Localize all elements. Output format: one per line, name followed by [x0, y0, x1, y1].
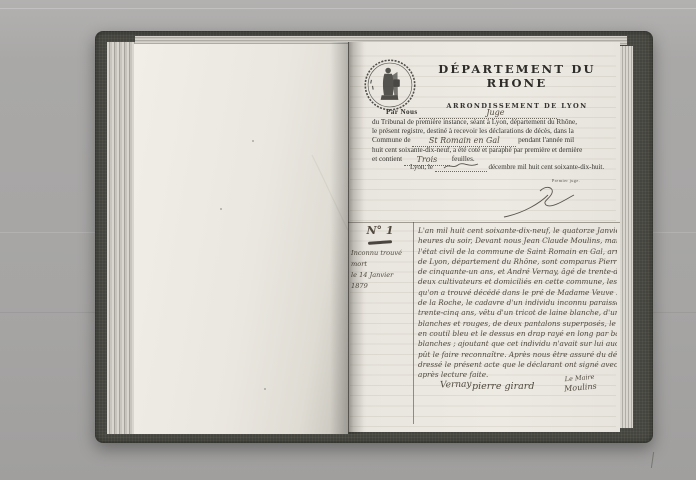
- act-line: trente-cinq ans, vêtu d'un tricot de lai…: [418, 308, 617, 318]
- gutter-fold-line: [348, 42, 349, 432]
- preamble-text: pendant l'année mil: [518, 136, 574, 144]
- act-line: de cinquante-un ans, et André Vernay, âg…: [418, 267, 617, 277]
- act-line: deux cultivateurs et domiciliés en cette…: [418, 277, 617, 287]
- preamble-line: le présent registre, destiné à recevoir …: [372, 127, 624, 136]
- preamble-text: Par Nous: [386, 108, 418, 116]
- register-title-page: DÉPARTEMENT DU RHONE ARRONDISSEMENT DE L…: [348, 42, 620, 432]
- page-stack-edge-left: [107, 42, 135, 434]
- handwritten-fill-judge: Juge: [419, 109, 557, 119]
- preamble-text: Commune de: [372, 136, 411, 144]
- margin-note-line: le 14 Janvier 1879: [351, 270, 411, 292]
- act-line: blanches ; ajoutant que cet individu n'a…: [418, 339, 617, 349]
- certification-preamble: Par Nous Juge du Tribunal de première in…: [372, 108, 624, 165]
- department-title: DÉPARTEMENT DU RHONE: [414, 62, 620, 90]
- act-number: N° 1: [350, 224, 410, 237]
- act-margin-note: Inconnu trouvé mort le 14 Janvier 1879: [351, 248, 411, 292]
- act-line: l'état civil de la commune de Saint Roma…: [418, 247, 617, 257]
- margin-column-rule: [413, 222, 414, 424]
- paper-speck: [264, 388, 266, 390]
- preamble-line: du Tribunal de première instance, séant …: [372, 118, 624, 127]
- act-line: de Lyon, département du Rhône, sont comp…: [418, 257, 617, 267]
- handwritten-fill-commune: St Romain en Gal: [412, 137, 516, 147]
- preamble-line: Par Nous Juge: [372, 108, 624, 118]
- backdrop-line: [0, 8, 696, 9]
- act-line: heures du soir, Devant nous Jean Claude …: [418, 236, 617, 246]
- certification-date-line: Lyon, le décembre mil huit cent soixante…: [410, 161, 620, 171]
- date-text: décembre mil huit cent soixante-dix-huit…: [488, 163, 604, 171]
- act-line: L'an mil huit cent soixante-dix-neuf, le…: [418, 226, 617, 236]
- section-divider-line: [348, 222, 620, 223]
- backdrop-scratch: [651, 452, 654, 468]
- witness-signature-girard: pierre girard: [472, 381, 534, 392]
- page-stack-fore-edge: [620, 46, 633, 428]
- preamble-line: huit cent soixante-dix-neuf, a été coté …: [372, 146, 624, 155]
- act-number-flourish: [368, 240, 392, 244]
- paper-speck: [252, 140, 254, 142]
- act-line: en coutil bleu et le dessus en drap rayé…: [418, 329, 617, 339]
- paper-speck: [220, 208, 222, 210]
- revenue-stamp-icon: [362, 57, 418, 113]
- act-line: dressé le présent acte que le déclarant …: [418, 360, 617, 370]
- left-blank-page: [134, 44, 348, 434]
- act-line: qu'on a trouvé décédé dans le pré de Mad…: [418, 288, 617, 298]
- act-line: de la Roche, le cadavre d'un individu in…: [418, 298, 617, 308]
- preamble-text: et contient: [372, 155, 402, 163]
- date-scribble: [435, 162, 487, 172]
- date-text: Lyon, le: [410, 163, 433, 171]
- margin-note-line: Inconnu trouvé mort: [351, 248, 411, 270]
- register-photo: DÉPARTEMENT DU RHONE ARRONDISSEMENT DE L…: [0, 0, 696, 480]
- preamble-line: Commune de St Romain en Gal pendant l'an…: [372, 136, 624, 146]
- judge-signature-flourish: [496, 183, 592, 219]
- act-line: blanches et rouges, de deux pantalons su…: [418, 319, 617, 329]
- act-body-text: L'an mil huit cent soixante-dix-neuf, le…: [418, 226, 617, 380]
- witness-signature-vernay: Vernay: [440, 379, 472, 390]
- act-line: pût le faire reconnaître. Après nous êtr…: [418, 350, 617, 360]
